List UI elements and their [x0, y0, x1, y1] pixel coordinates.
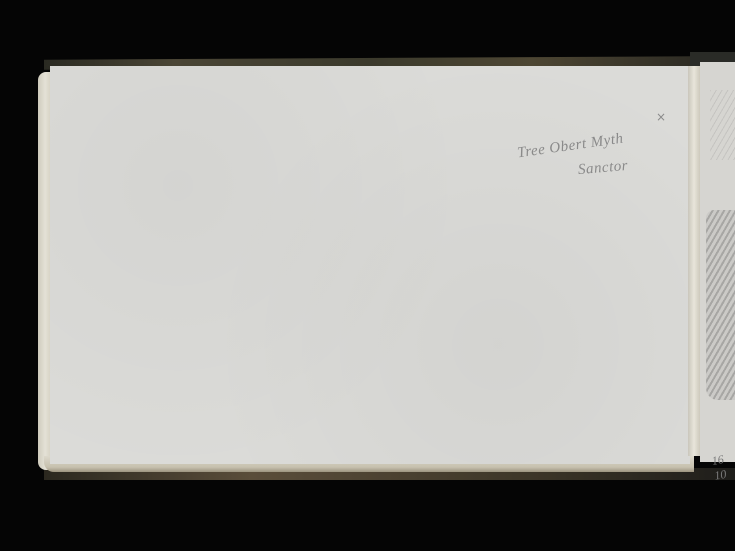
page-stack-left-edge: [38, 72, 50, 470]
sketchbook-gutter: [688, 66, 700, 456]
pencil-sketch-foliage: [706, 210, 735, 400]
left-sketchbook-page: [50, 66, 690, 464]
pencil-sketch-lines: [710, 90, 735, 160]
pencil-x-mark: ×: [656, 110, 666, 124]
right-page-corner-inscription: 16 10: [711, 450, 735, 483]
